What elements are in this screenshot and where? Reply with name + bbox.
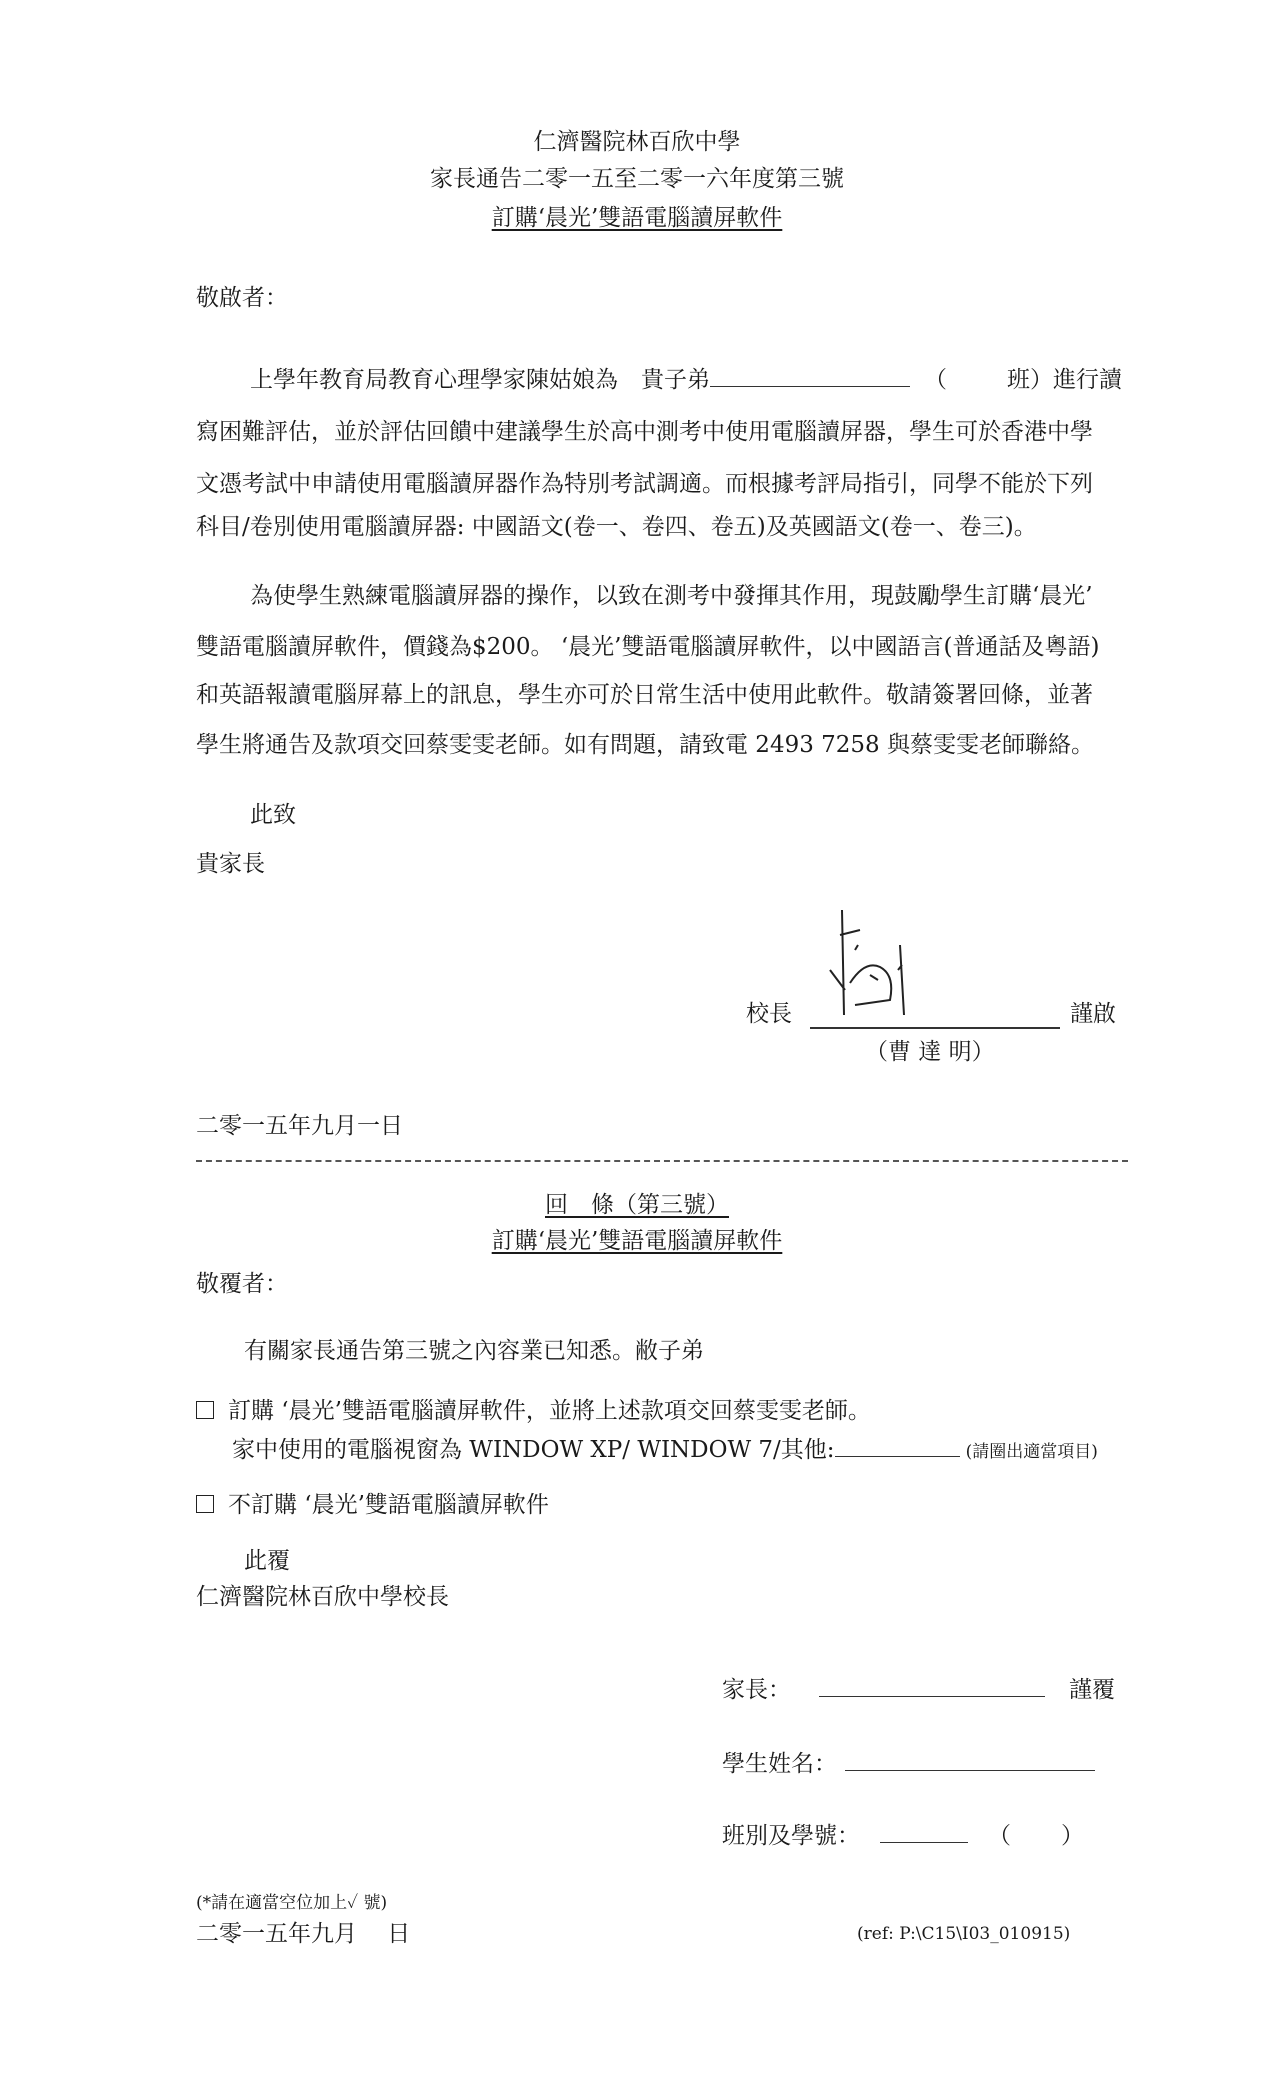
class-number-row: 班別及學號：（） [722,1822,1084,1850]
tear-off-line [196,1160,1128,1162]
tick-note: (*請在適當空位加上✓ 號) [196,1888,387,1913]
principal-signature [820,905,940,1020]
reference-code: (ref: P:\C15\I03_010915) [857,1924,1070,1944]
reply-date: 二零一五年九月 日 [196,1920,410,1948]
recipient: 貴家長 [196,850,265,878]
parent-signature-field[interactable] [819,1676,1045,1697]
para1-line3: 文憑考試中申請使用電腦讀屏器作為特別考試調適。而根據考評局指引，同學不能於下列 [196,470,1093,498]
para2-line2: 雙語電腦讀屏軟件，價錢為$200。 ‘晨光’雙語電腦讀屏軟件，以中國語言(普通話… [196,633,1099,661]
reply-recipient: 仁濟醫院林百欣中學校長 [196,1583,449,1611]
option-order: 訂購 ‘晨光’雙語電腦讀屏軟件，並將上述款項交回蔡雯雯老師。 [196,1397,871,1425]
school-name: 仁濟醫院林百欣中學 [0,128,1274,156]
closing: 此致 [250,801,296,829]
para2-line4: 學生將通告及款項交回蔡雯雯老師。如有問題，請致電 2493 7258 與蔡雯雯老… [196,731,1094,759]
salutation: 敬啟者： [196,284,288,312]
order-checkbox[interactable] [196,1401,214,1419]
os-line: 家中使用的電腦視窗為 WINDOW XP/ WINDOW 7/其他:(請圈出適當… [232,1436,1098,1466]
reply-salutation: 敬覆者： [196,1270,288,1298]
principal-sign-off: 謹啟 [1070,1000,1116,1028]
para2-line1: 為使學生熟練電腦讀屏器的操作，以致在測考中發揮其作用，現鼓勵學生訂購‘晨光’ [250,582,1093,610]
principal-name: （曹 達 明） [865,1038,995,1066]
class-field[interactable] [880,1822,968,1843]
reply-title: 回 條（第三號） [0,1191,1274,1219]
reply-subject: 訂購‘晨光’雙語電腦讀屏軟件 [0,1227,1274,1255]
para2-line3: 和英語報讀電腦屏幕上的訊息，學生亦可於日常生活中使用此軟件。敬請簽署回條，並著 [196,681,1093,709]
option-not-order: 不訂購 ‘晨光’雙語電腦讀屏軟件 [196,1491,549,1519]
parent-signature-row: 家長：謹覆 [722,1676,1115,1704]
os-other-blank[interactable] [835,1436,960,1457]
notice-date: 二零一五年九月一日 [196,1112,403,1140]
not-order-checkbox[interactable] [196,1495,214,1513]
notice-number: 家長通告二零一五至二零一六年度第三號 [0,165,1274,193]
principal-label: 校長 [746,1000,792,1028]
para1-line1: 上學年教育局教育心理學家陳姑娘為 貴子弟（班）進行讀 [250,366,1122,394]
student-name-field[interactable] [845,1750,1095,1771]
student-name-blank[interactable] [710,366,910,387]
student-name-row: 學生姓名： [722,1750,1095,1778]
para1-line2: 寫困難評估，並於評估回饋中建議學生於高中測考中使用電腦讀屏器，學生可於香港中學 [196,418,1093,446]
para1-line4: 科目/卷別使用電腦讀屏器: 中國語文(卷一、卷四、卷五)及英國語文(卷一、卷三)… [196,513,1037,541]
reply-closing: 此覆 [244,1547,290,1575]
acknowledgement: 有關家長通告第三號之內容業已知悉。敝子弟 [244,1337,704,1365]
signature-line [810,1027,1060,1029]
notice-subject: 訂購‘晨光’雙語電腦讀屏軟件 [0,204,1274,232]
